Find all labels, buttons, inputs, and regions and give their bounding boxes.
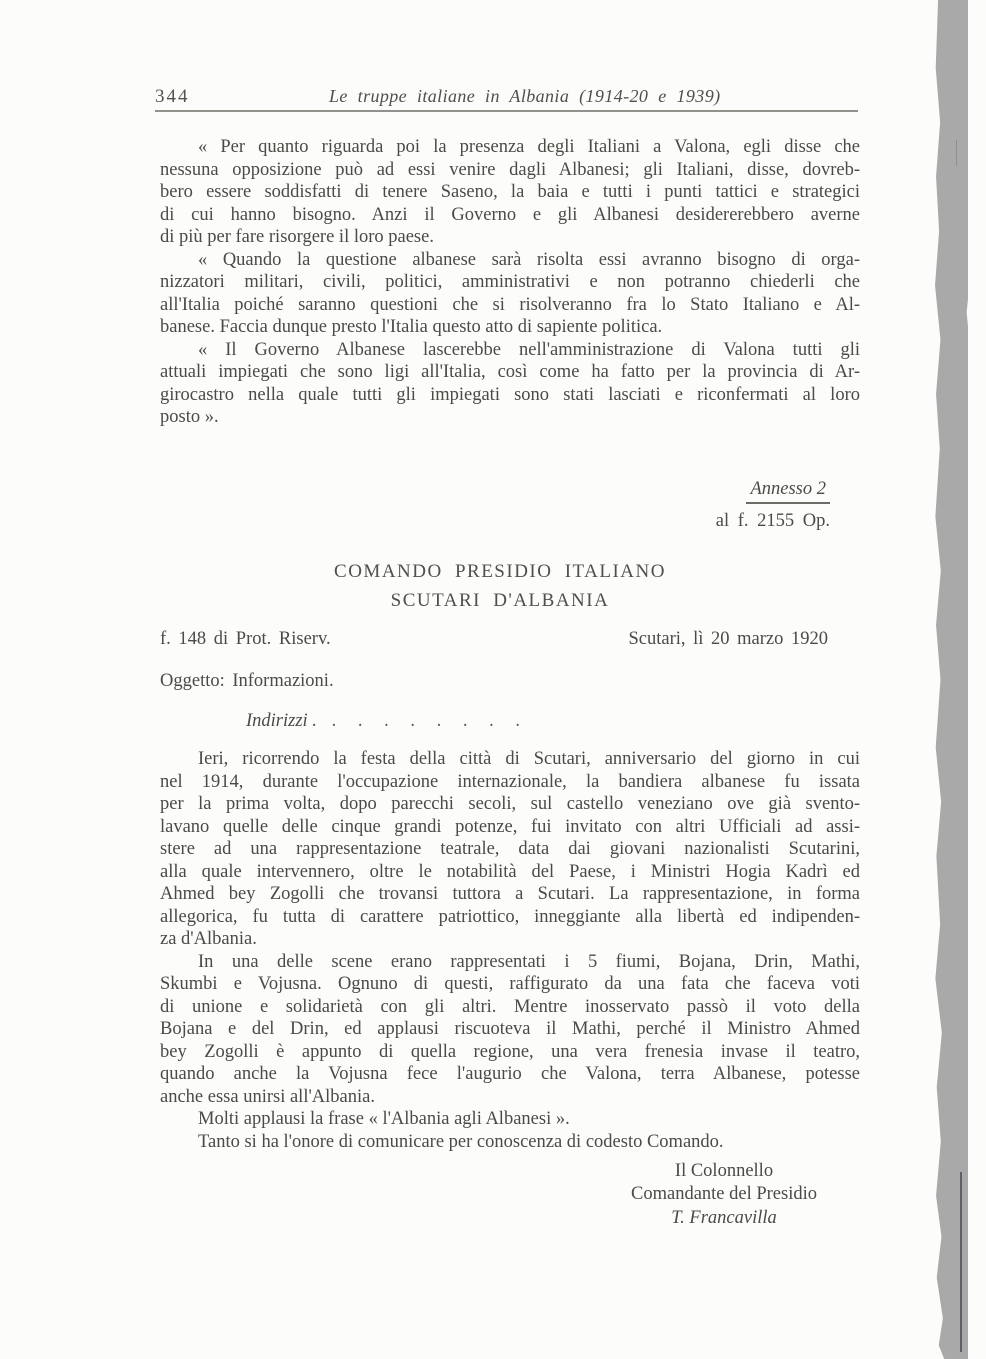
letter-body-text: Ieri, ricorrendo la festa della città di… [160, 748, 860, 1153]
addresses-line: Indirizzi . . . . . . . . . [246, 711, 520, 732]
text-line: all'Italia poiché saranno questioni che … [160, 294, 860, 317]
annex-block: Annesso 2 al f. 2155 Op. [716, 479, 830, 532]
text-line: girocastro nella quale tutti gli impiega… [160, 384, 860, 407]
text-line: quando anche la Vojusna fece l'augurio c… [160, 1063, 860, 1086]
addresses-dot-leader: . . . . . . . . [332, 711, 520, 731]
text-line: « Per quanto riguarda poi la presenza de… [160, 136, 860, 159]
letterhead-location: SCUTARI D'ALBANIA [150, 590, 850, 612]
text-line: Ahmed bey Zogolli che trovansi tuttora a… [160, 883, 860, 906]
text-line: za d'Albania. [160, 928, 860, 951]
text-line: per la prima volta, dopo parecchi secoli… [160, 793, 860, 816]
text-line: bey Zogolli è appunto di quella regione,… [160, 1041, 860, 1064]
text-line: nel 1914, durante l'occupazione internaz… [160, 771, 860, 794]
text-line: lavano quelle delle cinque grandi potenz… [160, 816, 860, 839]
dateline: Scutari, lì 20 marzo 1920 [628, 629, 828, 650]
text-line: bero essere soddisfatti di tenere Saseno… [160, 181, 860, 204]
annex-label: Annesso 2 [746, 479, 830, 504]
protocol-date-row: f. 148 di Prot. Riserv. Scutari, lì 20 m… [160, 629, 828, 650]
addresses-label: Indirizzi . [246, 711, 317, 731]
text-line: In una delle scene erano rappresentati i… [160, 951, 860, 974]
text-line: nizzatori militari, civili, politici, am… [160, 271, 860, 294]
text-line: Skumbi e Vojusna. Ognuno di questi, raff… [160, 973, 860, 996]
subject-line: Oggetto: Informazioni. [160, 671, 334, 692]
text-line: alla quale intervennero, oltre le notabi… [160, 861, 860, 884]
letterhead: COMANDO PRESIDIO ITALIANO SCUTARI D'ALBA… [150, 561, 850, 612]
text-line: anche essa unirsi all'Albania. [160, 1086, 860, 1109]
text-line: « Il Governo Albanese lascerebbe nell'am… [160, 339, 860, 362]
page-number: 344 [155, 86, 190, 108]
annex-reference: al f. 2155 Op. [716, 511, 830, 532]
text-line: posto ». [160, 406, 860, 429]
signature-block: Il ColonnelloComandante del PresidioT. F… [598, 1160, 850, 1230]
binding-gutter-shadow [934, 0, 968, 1359]
text-line: Ieri, ricorrendo la festa della città di… [160, 748, 860, 771]
scanned-book-page: 344 Le truppe italiane in Albania (1914-… [0, 0, 986, 1359]
text-line: di cui hanno bisogno. Anzi il Governo e … [160, 204, 860, 227]
text-line: allegorica, fu tutta di carattere patrio… [160, 906, 860, 929]
text-line: banese. Faccia dunque presto l'Italia qu… [160, 316, 860, 339]
protocol-number: f. 148 di Prot. Riserv. [160, 629, 331, 650]
letterhead-command: COMANDO PRESIDIO ITALIANO [150, 561, 850, 583]
text-line: Bojana e del Drin, ed applausi riscuotev… [160, 1018, 860, 1041]
signature-line: Comandante del Presidio [598, 1183, 850, 1206]
signature-line: Il Colonnello [598, 1160, 850, 1183]
text-line: di più per fare risorgere il loro paese. [160, 226, 860, 249]
header-rule [155, 110, 858, 112]
quoted-report-text: « Per quanto riguarda poi la presenza de… [160, 136, 860, 429]
text-line: Tanto si ha l'onore di comunicare per co… [160, 1131, 860, 1154]
binding-crease-line [960, 1172, 962, 1352]
running-header: 344 Le truppe italiane in Albania (1914-… [155, 86, 860, 108]
running-title: Le truppe italiane in Albania (1914-20 e… [190, 86, 861, 107]
text-line: stere ad una rappresentazione teatrale, … [160, 838, 860, 861]
signature-line: T. Francavilla [598, 1207, 850, 1230]
text-line: Molti applausi la frase « l'Albania agli… [160, 1108, 860, 1131]
text-line: di unione e solidarietà con gli altri. M… [160, 996, 860, 1019]
binding-scan-mark [956, 140, 957, 166]
text-line: attuali impiegati che sono ligi all'Ital… [160, 361, 860, 384]
text-line: « Quando la questione albanese sarà riso… [160, 249, 860, 272]
text-line: nessuna opposizione può ad essi venire d… [160, 159, 860, 182]
